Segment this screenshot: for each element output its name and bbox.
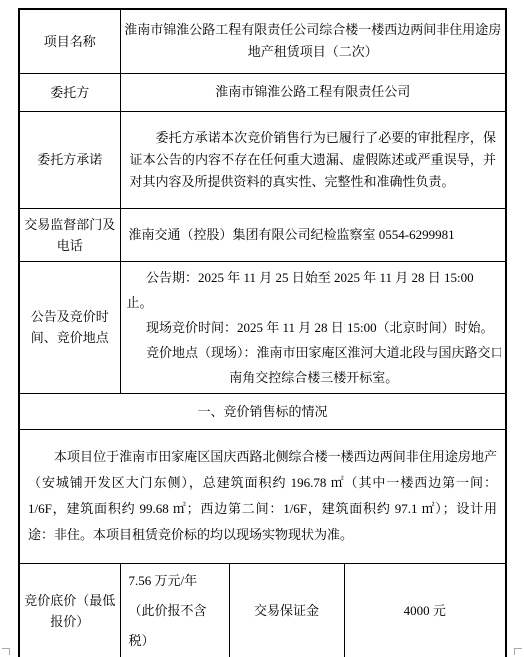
schedule-value: 公告期：2025 年 11 月 25 日始至 2025 年 11 月 28 日 … — [120, 261, 506, 393]
schedule-location-line1: 竞价地点（现场）：淮南市田家庵区淮河大道北段与国庆路交口西 — [127, 340, 502, 365]
supervision-value: 淮南交通（控股）集团有限公司纪检监察室 0554-6299981 — [120, 208, 506, 261]
page-corner-mark-bottom-left — [2, 648, 10, 655]
table-row-price: 竞价底价（最低 报价） 7.56 万元/年 （此价报不含税） 交易保证金 400… — [19, 563, 506, 657]
table-row-section-header: 一、竞价销售标的情况 — [19, 393, 506, 429]
announcement-table: 项目名称 淮南市锦淮公路工程有限责任公司综合楼一楼西边两间非住用途房 地产租赁项… — [18, 8, 507, 657]
table-row-commitment: 委托方承诺 委托方承诺本次竞价销售行为已履行了必要的审批程序，保证本公告的内容不… — [19, 111, 506, 208]
table-row-project-name: 项目名称 淮南市锦淮公路工程有限责任公司综合楼一楼西边两间非住用途房 地产租赁项… — [19, 9, 506, 73]
schedule-location-line2: 南角交控综合楼三楼开标室。 — [127, 365, 502, 390]
deposit-label: 交易保证金 — [229, 563, 344, 657]
project-name-label: 项目名称 — [19, 9, 120, 73]
page-corner-mark-bottom-right — [514, 648, 522, 655]
client-value: 淮南市锦淮公路工程有限责任公司 — [120, 73, 506, 111]
document-page: 项目名称 淮南市锦淮公路工程有限责任公司综合楼一楼西边两间非住用途房 地产租赁项… — [0, 0, 524, 657]
schedule-period-line2: 止。 — [127, 290, 502, 315]
table-row-description: 本项目位于淮南市田家庵区国庆西路北侧综合楼一楼西边两间非住用途房地产（安城铺开发… — [19, 429, 506, 563]
supervision-label: 交易监督部门及 电话 — [19, 208, 120, 261]
commitment-value: 委托方承诺本次竞价销售行为已履行了必要的审批程序，保证本公告的内容不存在任何重大… — [120, 111, 506, 208]
project-name-value: 淮南市锦淮公路工程有限责任公司综合楼一楼西边两间非住用途房 地产租赁项目（二次） — [120, 9, 506, 73]
schedule-auction-time: 现场竞价时间：2025 年 11 月 28 日 15:00（北京时间）时始。 — [127, 315, 502, 340]
schedule-period-line1: 公告期：2025 年 11 月 25 日始至 2025 年 11 月 28 日 … — [127, 265, 502, 290]
table-row-client: 委托方 淮南市锦淮公路工程有限责任公司 — [19, 73, 506, 111]
base-price-label: 竞价底价（最低 报价） — [19, 563, 120, 657]
property-description: 本项目位于淮南市田家庵区国庆西路北侧综合楼一楼西边两间非住用途房地产（安城铺开发… — [19, 429, 506, 563]
deposit-value: 4000 元 — [344, 563, 506, 657]
table-row-supervision: 交易监督部门及 电话 淮南交通（控股）集团有限公司纪检监察室 0554-6299… — [19, 208, 506, 261]
base-price-value: 7.56 万元/年 （此价报不含税） — [120, 563, 229, 657]
schedule-label: 公告及竞价时 间、竞价地点 — [19, 261, 120, 393]
commitment-label: 委托方承诺 — [19, 111, 120, 208]
table-row-schedule: 公告及竞价时 间、竞价地点 公告期：2025 年 11 月 25 日始至 202… — [19, 261, 506, 393]
client-label: 委托方 — [19, 73, 120, 111]
section-header-title: 一、竞价销售标的情况 — [19, 393, 506, 429]
